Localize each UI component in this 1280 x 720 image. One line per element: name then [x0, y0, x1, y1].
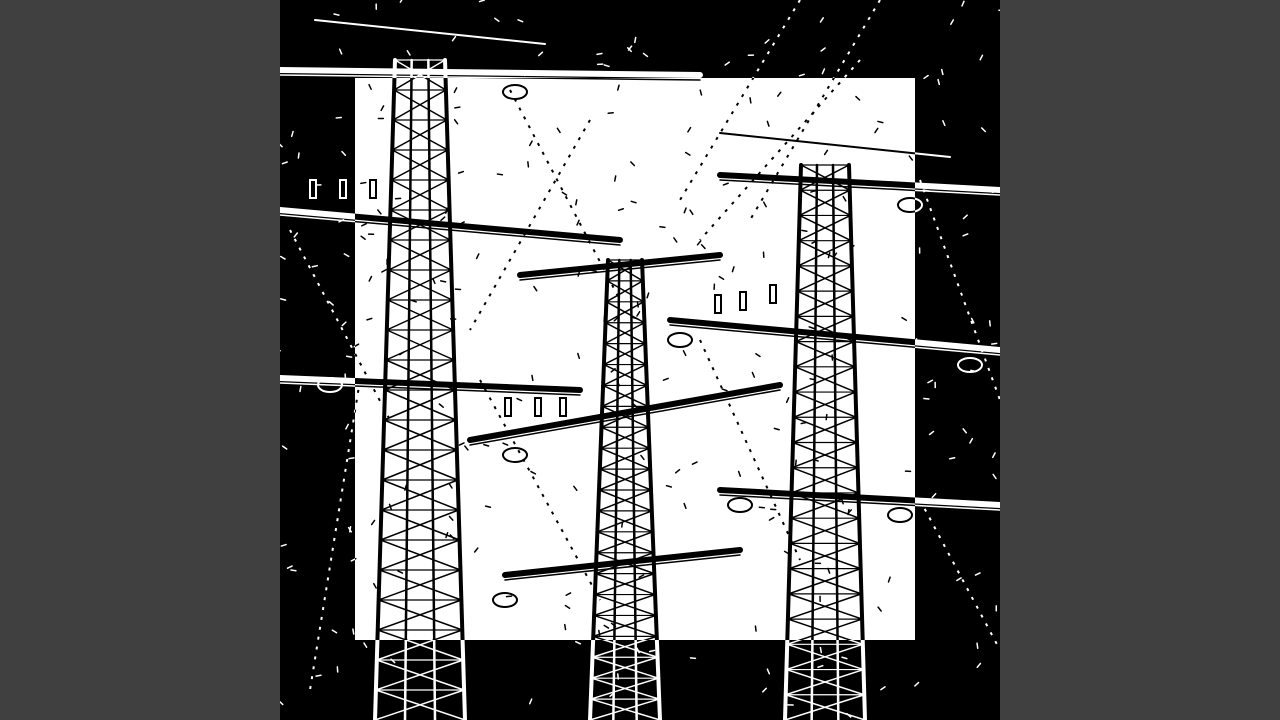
album-artwork: [280, 0, 1000, 720]
pylons-illustration: [280, 0, 1000, 720]
